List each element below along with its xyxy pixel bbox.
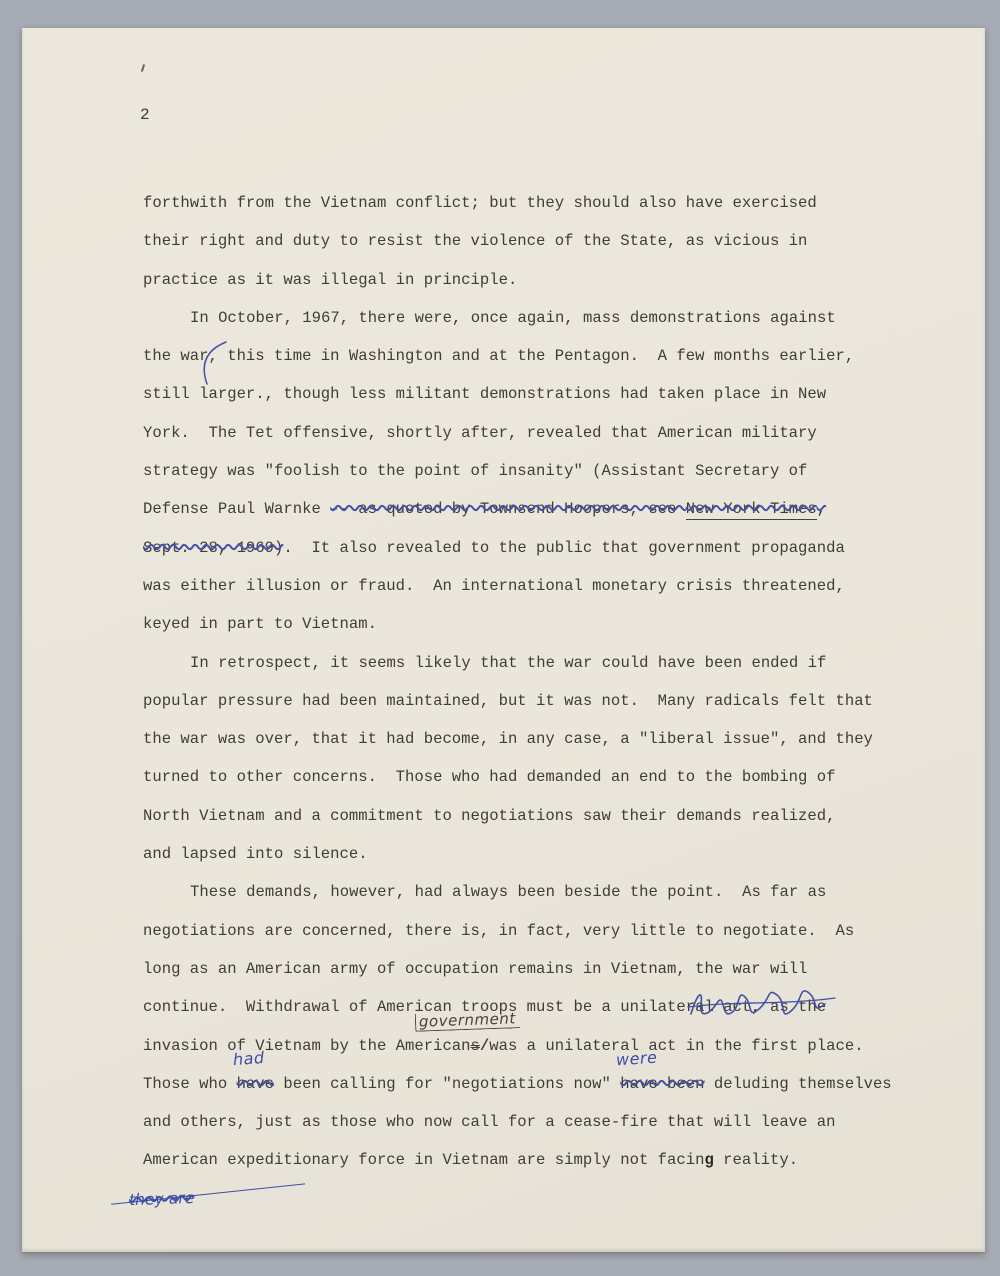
- handwritten-insert: were: [616, 1049, 658, 1068]
- text-line: they are: [143, 1180, 943, 1218]
- typed-text: and others, just as those who now call f…: [143, 1113, 835, 1131]
- annotated-text: /: [480, 1037, 489, 1055]
- annotated-text: havehad: [237, 1075, 274, 1093]
- text-line: North Vietnam and a commitment to negoti…: [143, 797, 943, 835]
- text-line: turned to other concerns. Those who had …: [143, 758, 943, 796]
- annotated-text: have beenwere: [620, 1075, 704, 1093]
- typed-text: York. The Tet offensive, shortly after, …: [143, 424, 817, 442]
- pen-connector-mark: [198, 340, 232, 388]
- text-line: In retrospect, it seems likely that the …: [143, 644, 943, 682]
- text-line: popular pressure had been maintained, bu…: [143, 682, 943, 720]
- annotated-text: Sept. 28, 1969): [143, 539, 283, 557]
- text-line: keyed in part to Vietnam.: [143, 605, 943, 643]
- typed-text: still larger., though less militant demo…: [143, 385, 826, 403]
- typed-text: In October, 1967, there were, once again…: [190, 309, 836, 327]
- text-line: York. The Tet offensive, shortly after, …: [143, 414, 943, 452]
- typed-text: reality.: [714, 1151, 798, 1169]
- typed-text: the war was over, that it had become, in…: [143, 730, 873, 748]
- manuscript-page: 2 forthwith from the Vietnam conflict; b…: [22, 28, 985, 1253]
- text-line: American expeditionary force in Vietnam …: [143, 1141, 943, 1179]
- text-line: forthwith from the Vietnam conflict; but…: [143, 184, 943, 222]
- typed-text: was either illusion or fraud. An interna…: [143, 577, 845, 595]
- handwritten-insert: had: [232, 1050, 265, 1068]
- text-line: In October, 1967, there were, once again…: [143, 299, 943, 337]
- typed-text: turned to other concerns. Those who had …: [143, 768, 835, 786]
- annotated-text: New York Times: [686, 500, 817, 520]
- typed-text: their right and duty to resist the viole…: [143, 232, 807, 250]
- typed-text: been calling for "negotiations now": [274, 1075, 620, 1093]
- text-line: strategy was "foolish to the point of in…: [143, 452, 943, 490]
- typed-text: and lapsed into silence.: [143, 845, 368, 863]
- typescript-lines: forthwith from the Vietnam conflict; but…: [143, 184, 943, 1218]
- typed-text: In retrospect, it seems likely that the …: [190, 654, 826, 672]
- typed-text: the war, this time in Washington and at …: [143, 347, 854, 365]
- typed-text: strategy was "foolish to the point of in…: [143, 462, 807, 480]
- typed-text: invasion of Vietnam by the American: [143, 1037, 471, 1055]
- text-line: and others, just as those who now call f…: [143, 1103, 943, 1141]
- text-line: These demands, however, had always been …: [143, 873, 943, 911]
- typed-text: popular pressure had been maintained, bu…: [143, 692, 873, 710]
- typed-text: Those who: [143, 1075, 237, 1093]
- typed-text: deluding themselves: [705, 1075, 892, 1093]
- typed-text: These demands, however, had always been …: [190, 883, 826, 901]
- pen-scribble-mark: [686, 974, 838, 1028]
- typed-text: forthwith from the Vietnam conflict; but…: [143, 194, 817, 212]
- text-line: the war was over, that it had become, in…: [143, 720, 943, 758]
- typed-text: American expeditionary force in Vietnam …: [143, 1151, 704, 1169]
- text-line: the war, this time in Washington and at …: [143, 337, 943, 375]
- annotated-text: sgovernment: [471, 1037, 480, 1055]
- typed-text: negotiations are concerned, there is, in…: [143, 922, 854, 940]
- text-line: negotiations are concerned, there is, in…: [143, 912, 943, 950]
- text-line: Those who havehad been calling for "nego…: [143, 1065, 943, 1103]
- typed-text: North Vietnam and a commitment to negoti…: [143, 807, 835, 825]
- handwritten-insert: government: [414, 1010, 519, 1032]
- annotated-text: they are: [128, 1179, 195, 1220]
- typed-text: . It also revealed to the public that go…: [283, 539, 844, 557]
- annotated-text: g: [704, 1151, 713, 1169]
- annotated-text: ,: [817, 500, 826, 518]
- typed-text: was a unilateral act in the first place.: [489, 1037, 863, 1055]
- page-number: 2: [140, 106, 150, 124]
- typed-text: Defense Paul Warnke: [143, 500, 330, 518]
- text-line: practice as it was illegal in principle.: [143, 261, 943, 299]
- text-line: Sept. 28, 1969). It also revealed to the…: [143, 529, 943, 567]
- typed-text: keyed in part to Vietnam.: [143, 615, 377, 633]
- text-line: their right and duty to resist the viole…: [143, 222, 943, 260]
- text-line: and lapsed into silence.: [143, 835, 943, 873]
- typed-text: practice as it was illegal in principle.: [143, 271, 517, 289]
- annotated-text: -- as quoted by Townsend Hoopers, see: [330, 500, 686, 518]
- text-line: Defense Paul Warnke -- as quoted by Town…: [143, 490, 943, 528]
- text-line: was either illusion or fraud. An interna…: [143, 567, 943, 605]
- stray-ink-mark: [141, 64, 145, 72]
- text-line: still larger., though less militant demo…: [143, 375, 943, 413]
